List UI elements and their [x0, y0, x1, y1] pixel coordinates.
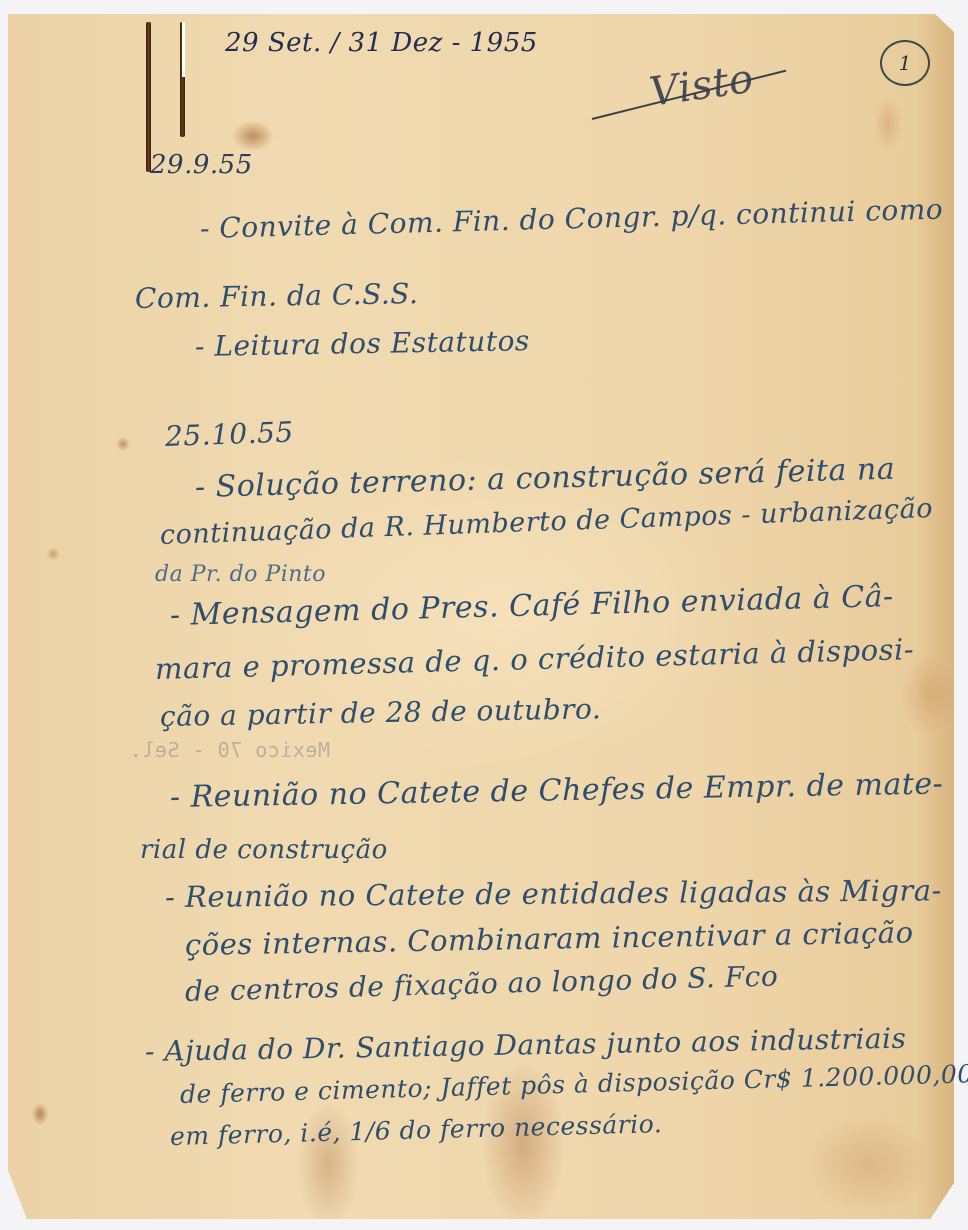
entry-date-1: 29.9.55 [150, 150, 253, 180]
bleed-through-text: Mexico 70 - Sel. [129, 738, 330, 762]
entry-date-2: 25.10.55 [164, 416, 294, 453]
entry-2-item-4-line-1: - Reunião no Catete de entidades ligadas… [165, 873, 942, 914]
staple-highlight [182, 22, 185, 77]
entry-1-item-1-line-2: Com. Fin. da C.S.S. [135, 277, 419, 315]
page-number: 1 [899, 51, 912, 75]
page-number-badge: 1 [880, 40, 930, 86]
entry-2-item-3-line-2: rial de construção [140, 835, 388, 865]
entry-1-item-2-line-1: - Leitura dos Estatutos [195, 324, 530, 363]
date-range-header: 29 Set. / 31 Dez - 1955 [225, 28, 538, 58]
entry-2-item-1-line-3: da Pr. do Pinto [155, 562, 326, 587]
